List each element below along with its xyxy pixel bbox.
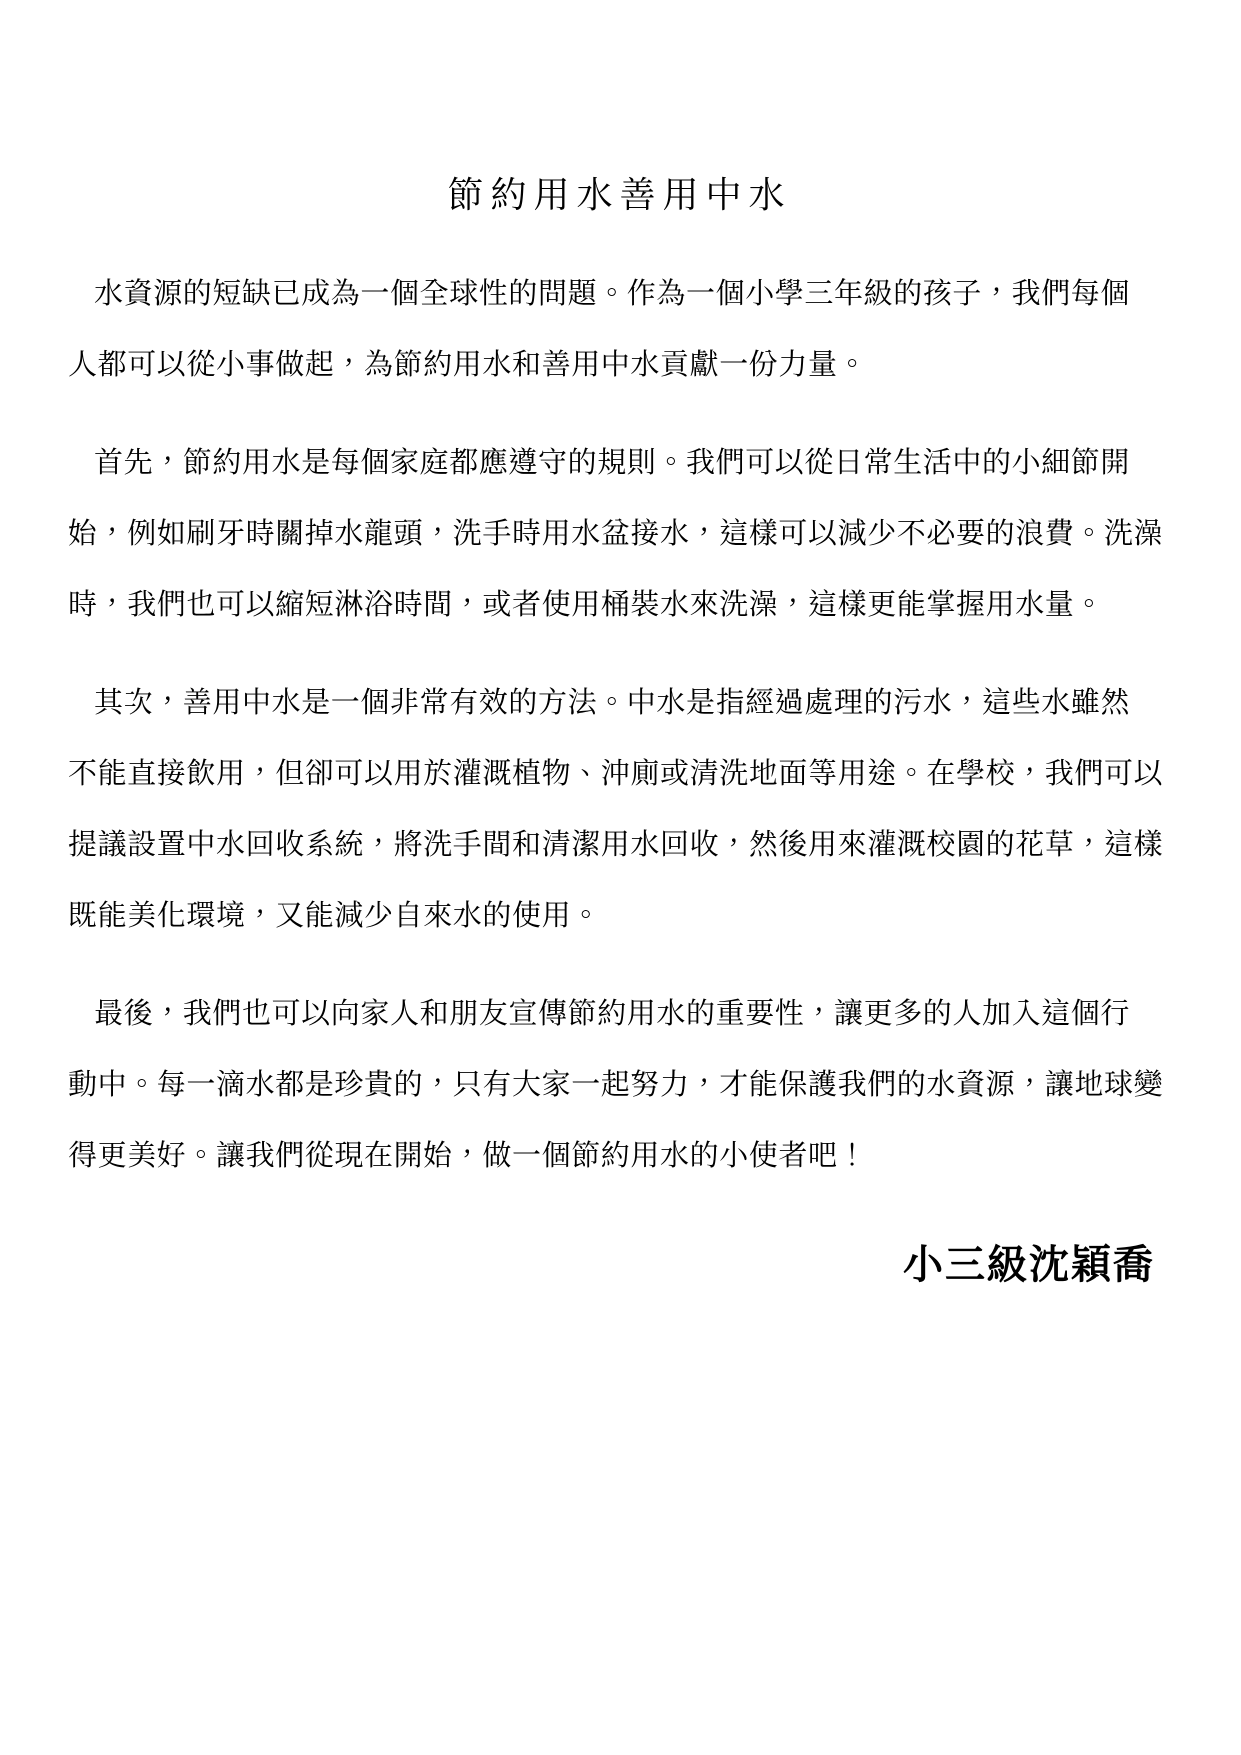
paragraph-1: 水資源的短缺已成為一個全球性的問題。作為一個小學三年級的孩子，我們每個 人都可以… — [68, 259, 1171, 401]
text-line: 得更美好。讓我們從現在開始，做一個節約用水的小使者吧！ — [68, 1121, 1171, 1192]
text-line: 始，例如刷牙時關掉水龍頭，洗手時用水盆接水，這樣可以減少不必要的浪費。洗澡 — [68, 499, 1171, 570]
text-line: 不能直接飲用，但卻可以用於灌溉植物、沖廁或清洗地面等用途。在學校，我們可以 — [68, 739, 1171, 810]
text-line: 首先，節約用水是每個家庭都應遵守的規則。我們可以從日常生活中的小細節開 — [68, 428, 1171, 499]
text-line: 既能美化環境，又能減少自來水的使用。 — [68, 881, 1171, 952]
text-line: 提議設置中水回收系統，將洗手間和清潔用水回收，然後用來灌溉校園的花草，這樣 — [68, 810, 1171, 881]
text-line: 最後，我們也可以向家人和朋友宣傳節約用水的重要性，讓更多的人加入這個行 — [68, 979, 1171, 1050]
text-line: 水資源的短缺已成為一個全球性的問題。作為一個小學三年級的孩子，我們每個 — [68, 259, 1171, 330]
paragraph-2: 首先，節約用水是每個家庭都應遵守的規則。我們可以從日常生活中的小細節開 始，例如… — [68, 428, 1171, 641]
paragraph-4: 最後，我們也可以向家人和朋友宣傳節約用水的重要性，讓更多的人加入這個行 動中。每… — [68, 979, 1171, 1192]
document-title: 節約用水善用中水 — [68, 172, 1171, 218]
text-line: 時，我們也可以縮短淋浴時間，或者使用桶裝水來洗澡，這樣更能掌握用水量。 — [68, 570, 1171, 641]
document-page: 節約用水善用中水 水資源的短缺已成為一個全球性的問題。作為一個小學三年級的孩子，… — [0, 0, 1241, 1755]
text-line: 人都可以從小事做起，為節約用水和善用中水貢獻一份力量。 — [68, 330, 1171, 401]
author-signature: 小三級沈穎喬 — [68, 1240, 1171, 1290]
text-line: 動中。每一滴水都是珍貴的，只有大家一起努力，才能保護我們的水資源，讓地球變 — [68, 1050, 1171, 1121]
paragraph-3: 其次，善用中水是一個非常有效的方法。中水是指經過處理的污水，這些水雖然 不能直接… — [68, 668, 1171, 952]
text-line: 其次，善用中水是一個非常有效的方法。中水是指經過處理的污水，這些水雖然 — [68, 668, 1171, 739]
